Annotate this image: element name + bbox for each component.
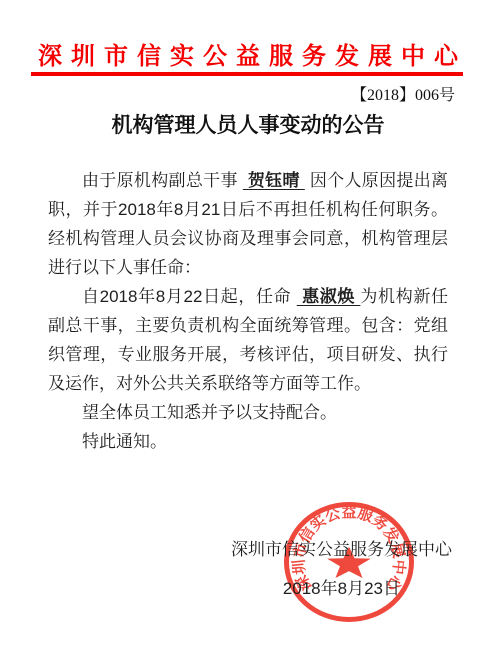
body-paragraph: 自2018年8月22日起，任命 惠淑焕 为机构新任副总干事，主要负责机构全面统筹…: [48, 282, 448, 398]
letterhead-rule: [31, 72, 463, 76]
body-text: 由于原机构副总干事: [82, 171, 243, 190]
body-paragraph: 望全体员工知悉并予以支持配合。: [48, 398, 448, 427]
person-name: 贺钰晴: [243, 171, 305, 190]
document-number: 【2018】006号: [351, 82, 455, 105]
signature-date: 2018年8月23日: [283, 574, 400, 599]
letterhead-org-name: 深圳市信实公益服务发展中心: [0, 36, 496, 71]
signature-org-name: 深圳市信实公益服务发展中心: [231, 535, 452, 560]
seal-graphic: 深圳市信实公益服务发展中心: [283, 501, 416, 624]
body-text: 自2018年8月22日起，任命: [82, 287, 297, 306]
official-seal: 深圳市信实公益服务发展中心: [283, 501, 416, 624]
body-paragraph: 特此通知。: [48, 427, 448, 456]
body-text: 望全体员工知悉并予以支持配合。: [82, 403, 337, 422]
body-text: 特此通知。: [82, 432, 167, 451]
document-body: 由于原机构副总干事 贺钰晴 因个人原因提出离职，并于2018年8月21日后不再担…: [48, 166, 448, 456]
body-paragraph: 由于原机构副总干事 贺钰晴 因个人原因提出离职，并于2018年8月21日后不再担…: [48, 166, 448, 282]
person-name: 惠淑焕: [297, 287, 361, 306]
document-page: 深圳市信实公益服务发展中心 【2018】006号 机构管理人员人事变动的公告 由…: [0, 0, 496, 652]
document-title: 机构管理人员人事变动的公告: [0, 109, 496, 139]
